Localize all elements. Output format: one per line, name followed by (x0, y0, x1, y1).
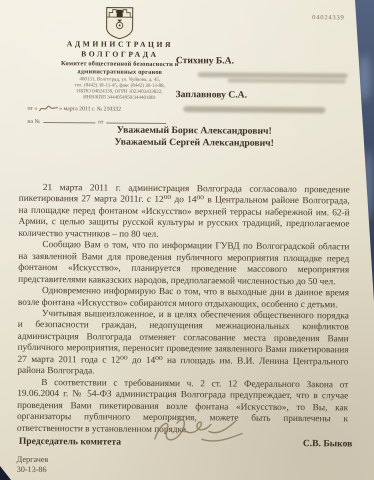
paragraph-3: Одновременно информирую Вас о том, что в… (18, 286, 349, 312)
salutation-block: Уважаемый Борис Александрович! Уважаемый… (44, 124, 344, 151)
signer-name: С.В. Быков (303, 438, 353, 449)
date-suffix: » марта 2011 г. № 210332 (59, 106, 121, 112)
signer-title: Председатель комитета (19, 436, 121, 448)
handwritten-date-scribble (38, 104, 58, 113)
committee-line2: административных органов (20, 68, 220, 77)
letter-content: 04024339 АДМИНИСТРАЦИЯ ВОЛГОГРАДА Комите… (0, 0, 374, 480)
redacted-address-smudge (198, 72, 348, 78)
redacted-address-smudge (183, 106, 325, 113)
paragraph-2: Сообщаю Вам о том, что по информации ГУВ… (18, 240, 349, 288)
letter-body: 21 марта 2011 г. администрация Волгоград… (17, 183, 350, 438)
salutation-line-2: Уважаемый Сергей Александрович! (44, 136, 344, 151)
executor-block: Дергачев 30-13-86 (17, 455, 49, 475)
corner-stamp-number: 04024339 (312, 14, 344, 21)
recipient-name-2: Заплавнову С.А. (176, 89, 248, 101)
signature-scribble (147, 409, 247, 452)
document-photo: 04024339 АДМИНИСТРАЦИЯ ВОЛГОГРАДА Комите… (0, 0, 374, 480)
volgograd-coat-of-arms-icon (105, 7, 134, 40)
paragraph-1: 21 марта 2011 г. администрация Волгоград… (18, 183, 349, 243)
org-name-line1: АДМИНИСТРАЦИЯ (20, 39, 220, 50)
executor-name: Дергачев (17, 455, 49, 465)
redacted-address-smudge (228, 78, 346, 82)
executor-phone: 30-13-86 (17, 465, 49, 475)
blank-underline (106, 118, 166, 124)
date-prefix: от « (27, 106, 37, 112)
paragraph-4: Учитывая вышеизложенное, и в целях обесп… (17, 309, 349, 380)
reply-prefix: на № (27, 119, 40, 125)
outgoing-date-line: от « » марта 2011 г. № 210332 (27, 104, 121, 113)
recipient-name-1: Стихину Б.А. (176, 55, 234, 66)
blank-underline (43, 117, 95, 123)
